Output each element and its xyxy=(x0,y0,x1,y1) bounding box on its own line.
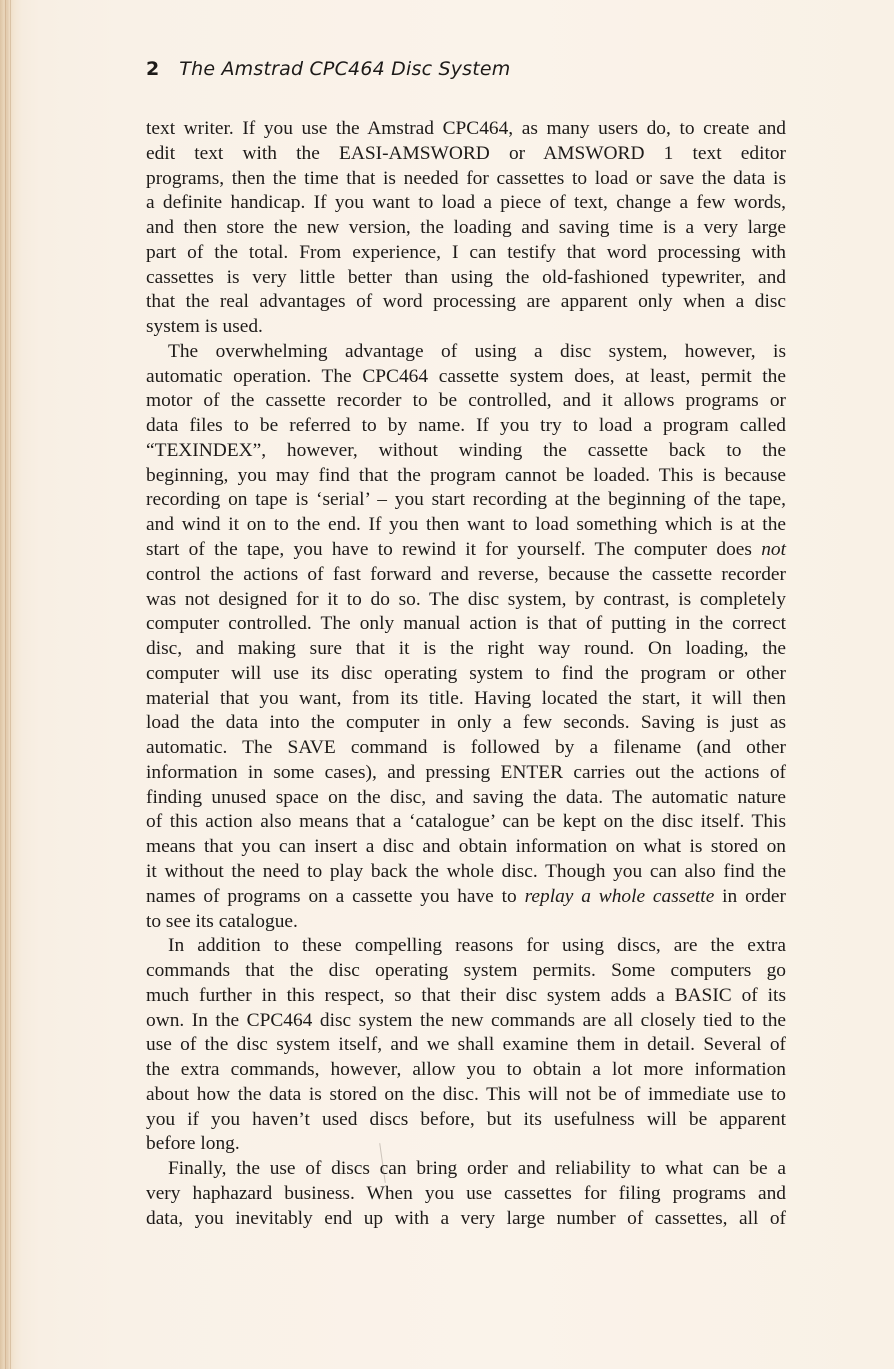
text-line: means that you can insert a disc and obt… xyxy=(146,835,786,860)
text-line: data, you inevitably end up with a very … xyxy=(146,1207,786,1232)
text-line: you if you haven’t used discs before, bu… xyxy=(146,1108,786,1133)
text-line: it without the need to play back the who… xyxy=(146,860,786,885)
text-line: automatic. The SAVE command is followed … xyxy=(146,736,786,761)
text-line: a definite handicap. If you want to load… xyxy=(146,191,786,216)
text-line: The overwhelming advantage of using a di… xyxy=(146,340,786,365)
text-line: finding unused space on the disc, and sa… xyxy=(146,786,786,811)
paragraph: text writer. If you use the Amstrad CPC4… xyxy=(146,117,786,340)
running-header: 2 The Amstrad CPC464 Disc System xyxy=(146,58,511,80)
text-line: disc, and making sure that it is the rig… xyxy=(146,637,786,662)
text-line: and wind it on to the end. If you then w… xyxy=(146,513,786,538)
text-line: names of programs on a cassette you have… xyxy=(146,885,786,910)
text-line: text writer. If you use the Amstrad CPC4… xyxy=(146,117,786,142)
paragraph: In addition to these compelling reasons … xyxy=(146,934,786,1157)
text-line: programs, then the time that is needed f… xyxy=(146,167,786,192)
text-line: before long. xyxy=(146,1132,786,1157)
text-line: edit text with the EASI-AMSWORD or AMSWO… xyxy=(146,142,786,167)
text-line: start of the tape, you have to rewind it… xyxy=(146,538,786,563)
text-line: part of the total. From experience, I ca… xyxy=(146,241,786,266)
paragraph: Finally, the use of discs can bring orde… xyxy=(146,1157,786,1231)
emphasis: replay a whole cassette xyxy=(525,886,715,907)
book-title: The Amstrad CPC464 Disc System xyxy=(179,58,510,80)
text-line: own. In the CPC464 disc system the new c… xyxy=(146,1009,786,1034)
book-page: 2 The Amstrad CPC464 Disc System text wr… xyxy=(0,0,894,1369)
text-line: motor of the cassette recorder to be con… xyxy=(146,389,786,414)
binding-shadow xyxy=(5,0,6,1369)
text-line: very haphazard business. When you use ca… xyxy=(146,1182,786,1207)
text-line: In addition to these compelling reasons … xyxy=(146,934,786,959)
body-text: text writer. If you use the Amstrad CPC4… xyxy=(146,117,786,1231)
page-number: 2 xyxy=(146,58,159,80)
text-line: beginning, you may find that the program… xyxy=(146,464,786,489)
text-line: control the actions of fast forward and … xyxy=(146,563,786,588)
binding-shadow xyxy=(10,0,11,1369)
paragraph: The overwhelming advantage of using a di… xyxy=(146,340,786,934)
text-line: about how the data is stored on the disc… xyxy=(146,1083,786,1108)
text-line: load the data into the computer in only … xyxy=(146,711,786,736)
text-line: automatic operation. The CPC464 cassette… xyxy=(146,365,786,390)
text-line: the extra commands, however, allow you t… xyxy=(146,1058,786,1083)
text-line: “TEXINDEX”, however, without winding the… xyxy=(146,439,786,464)
text-line: material that you want, from its title. … xyxy=(146,687,786,712)
text-line: of this action also means that a ‘catalo… xyxy=(146,810,786,835)
text-line: computer controlled. The only manual act… xyxy=(146,612,786,637)
text-line: and then store the new version, the load… xyxy=(146,216,786,241)
text-line: computer will use its disc operating sys… xyxy=(146,662,786,687)
text-line: to see its catalogue. xyxy=(146,910,786,935)
text-line: information in some cases), and pressing… xyxy=(146,761,786,786)
text-line: much further in this respect, so that th… xyxy=(146,984,786,1009)
text-line: use of the disc system itself, and we sh… xyxy=(146,1033,786,1058)
text-line: Finally, the use of discs can bring orde… xyxy=(146,1157,786,1182)
text-line: data files to be referred to by name. If… xyxy=(146,414,786,439)
text-line: commands that the disc operating system … xyxy=(146,959,786,984)
text-line: cassettes is very little better than usi… xyxy=(146,266,786,291)
emphasis: not xyxy=(761,539,786,560)
text-line: recording on tape is ‘serial’ – you star… xyxy=(146,488,786,513)
text-line: was not designed for it to do so. The di… xyxy=(146,588,786,613)
text-line: system is used. xyxy=(146,315,786,340)
text-line: that the real advantages of word process… xyxy=(146,290,786,315)
